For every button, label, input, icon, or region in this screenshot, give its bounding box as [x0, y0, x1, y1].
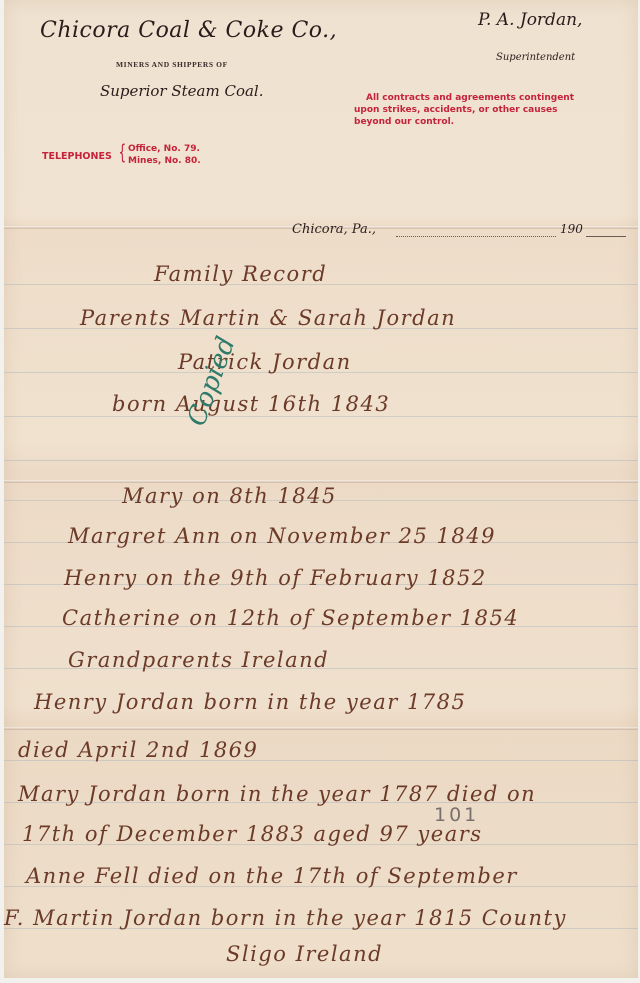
hw-line: died April 2nd 1869 — [18, 738, 258, 762]
hw-line: Anne Fell died on the 17th of September — [26, 864, 518, 888]
hw-title: Family Record — [154, 262, 327, 286]
telephones-label: TELEPHONES — [42, 151, 112, 163]
year-blank — [586, 236, 626, 237]
superintendent-title: Superintendent — [496, 52, 575, 63]
hw-line: Catherine on 12th of September 1854 — [62, 606, 519, 630]
hw-line: Henry Jordan born in the year 1785 — [34, 690, 466, 714]
dateline-blank — [396, 236, 556, 237]
disclaimer-line: beyond our control. — [354, 116, 574, 128]
pencil-annotation: 101 — [434, 804, 479, 826]
letter-sheet: Chicora Coal & Coke Co., MINERS AND SHIP… — [4, 0, 638, 978]
company-product: Superior Steam Coal. — [100, 82, 263, 100]
hw-line: 17th of December 1883 aged 97 years — [22, 822, 483, 846]
telephone-office: Office, No. 79. — [128, 143, 201, 155]
fold-crease — [4, 727, 638, 730]
ruled-line — [4, 416, 638, 417]
hw-line: Sligo Ireland — [226, 942, 383, 966]
telephone-mines: Mines, No. 80. — [128, 155, 201, 167]
brace-glyph: { — [119, 142, 127, 162]
disclaimer-line: All contracts and agreements contingent — [354, 92, 574, 104]
telephones-list: Office, No. 79. Mines, No. 80. — [128, 143, 201, 167]
hw-line: Parents Martin & Sarah Jordan — [80, 306, 456, 330]
hw-line: Mary Jordan born in the year 1787 died o… — [18, 782, 536, 806]
company-name: Chicora Coal & Coke Co., — [40, 18, 337, 43]
hw-line: Mary on 8th 1845 — [122, 484, 337, 508]
hw-line: Henry on the 9th of February 1852 — [64, 566, 487, 590]
hw-line: born August 16th 1843 — [112, 392, 390, 416]
ruled-line — [4, 460, 638, 461]
superintendent-name: P. A. Jordan, — [478, 10, 582, 30]
hw-line: Grandparents Ireland — [68, 648, 329, 672]
company-tagline: MINERS AND SHIPPERS OF — [116, 60, 228, 69]
dateline-place: Chicora, Pa., — [292, 222, 376, 237]
hw-line: Margret Ann on November 25 1849 — [68, 524, 496, 548]
dateline-year: 190 — [560, 222, 583, 236]
disclaimer: All contracts and agreements contingent … — [354, 92, 574, 128]
disclaimer-line: upon strikes, accidents, or other causes — [354, 104, 574, 116]
fold-crease — [4, 480, 638, 483]
hw-line: F. Martin Jordan born in the year 1815 C… — [4, 906, 567, 930]
